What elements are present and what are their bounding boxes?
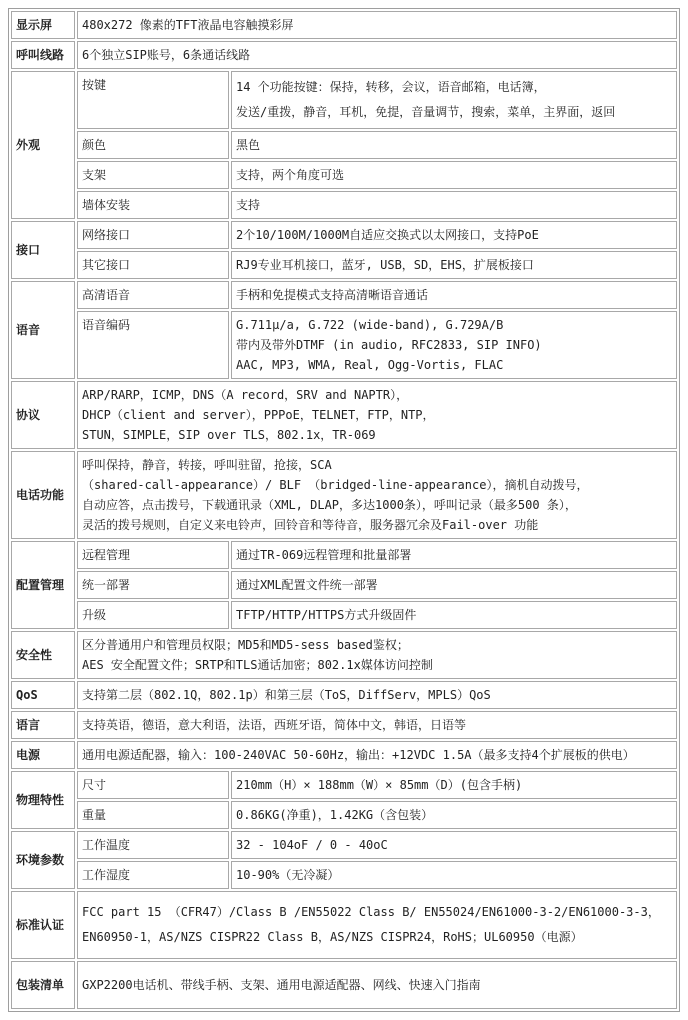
table-row: 标准认证 FCC part 15 （CFR47）/Class B /EN5502… xyxy=(11,891,677,959)
sub-label-wall-mount: 墙体安装 xyxy=(77,191,229,219)
sub-label-weight: 重量 xyxy=(77,801,229,829)
row-value-phone-features: 呼叫保持，静音，转接，呼叫驻留，抢接，SCA （shared-call-appe… xyxy=(77,451,677,539)
table-row: 升级 TFTP/HTTP/HTTPS方式升级固件 xyxy=(11,601,677,629)
row-value-voice-codecs: G.711µ/a, G.722 (wide-band), G.729A/B 带内… xyxy=(231,311,677,379)
sub-label-other-ports: 其它接口 xyxy=(77,251,229,279)
table-row: 其它接口 RJ9专业耳机接口，蓝牙, USB，SD，EHS，扩展板接口 xyxy=(11,251,677,279)
row-value-call-lines: 6个独立SIP账号，6条通话线路 xyxy=(77,41,677,69)
table-row: 工作湿度 10-90%（无冷凝） xyxy=(11,861,677,889)
row-label-voice: 语音 xyxy=(11,281,75,379)
table-row: 语音编码 G.711µ/a, G.722 (wide-band), G.729A… xyxy=(11,311,677,379)
sub-label-color: 颜色 xyxy=(77,131,229,159)
row-value-remote-management: 通过TR-069远程管理和批量部署 xyxy=(231,541,677,569)
table-row: 统一部署 通过XML配置文件统一部署 xyxy=(11,571,677,599)
table-row: 显示屏 480x272 像素的TFT液晶电容触摸彩屏 xyxy=(11,11,677,39)
table-row: 包装清单 GXP2200电话机、带线手柄、支架、通用电源适配器、网线、快速入门指… xyxy=(11,961,677,1009)
row-value-stand: 支持，两个角度可选 xyxy=(231,161,677,189)
row-label-security: 安全性 xyxy=(11,631,75,679)
row-label-environment: 环境参数 xyxy=(11,831,75,889)
row-value-unified-deployment: 通过XML配置文件统一部署 xyxy=(231,571,677,599)
row-label-call-lines: 呼叫线路 xyxy=(11,41,75,69)
row-label-qos: QoS xyxy=(11,681,75,709)
table-row: 安全性 区分普通用户和管理员权限；MD5和MD5-sess based鉴权； A… xyxy=(11,631,677,679)
table-row: 电源 通用电源适配器，输入：100-240VAC 50-60Hz，输出：+12V… xyxy=(11,741,677,769)
table-row: 外观 按键 14 个功能按键：保持，转移，会议，语音邮箱，电话簿， 发送/重拨，… xyxy=(11,71,677,129)
row-label-package-contents: 包装清单 xyxy=(11,961,75,1009)
row-value-operating-humidity: 10-90%（无冷凝） xyxy=(231,861,677,889)
sub-label-voice-codecs: 语音编码 xyxy=(77,311,229,379)
table-row: 协议 ARP/RARP，ICMP，DNS（A record，SRV and NA… xyxy=(11,381,677,449)
spec-table: 显示屏 480x272 像素的TFT液晶电容触摸彩屏 呼叫线路 6个独立SIP账… xyxy=(8,8,680,1012)
row-value-protocols: ARP/RARP，ICMP，DNS（A record，SRV and NAPTR… xyxy=(77,381,677,449)
row-label-certifications: 标准认证 xyxy=(11,891,75,959)
table-row: QoS 支持第二层（802.1Q，802.1p）和第三层（ToS，DiffSer… xyxy=(11,681,677,709)
row-value-languages: 支持英语，德语，意大利语，法语，西班牙语，简体中文，韩语，日语等 xyxy=(77,711,677,739)
row-label-phone-features: 电话功能 xyxy=(11,451,75,539)
table-row: 语音 高清语音 手柄和免提模式支持高清晰语音通话 xyxy=(11,281,677,309)
row-label-provisioning: 配置管理 xyxy=(11,541,75,629)
row-value-certifications: FCC part 15 （CFR47）/Class B /EN55022 Cla… xyxy=(77,891,677,959)
row-value-network-port: 2个10/100M/1000M自适应交换式以太网接口，支持PoE xyxy=(231,221,677,249)
row-label-appearance: 外观 xyxy=(11,71,75,219)
table-row: 颜色 黑色 xyxy=(11,131,677,159)
table-row: 配置管理 远程管理 通过TR-069远程管理和批量部署 xyxy=(11,541,677,569)
row-value-keys: 14 个功能按键：保持，转移，会议，语音邮箱，电话簿， 发送/重拨，静音，耳机，… xyxy=(231,71,677,129)
sub-label-hd-voice: 高清语音 xyxy=(77,281,229,309)
sub-label-operating-humidity: 工作湿度 xyxy=(77,861,229,889)
table-row: 支架 支持，两个角度可选 xyxy=(11,161,677,189)
table-row: 重量 0.86KG(净重)，1.42KG（含包装） xyxy=(11,801,677,829)
sub-label-keys: 按键 xyxy=(77,71,229,129)
row-value-other-ports: RJ9专业耳机接口，蓝牙, USB，SD，EHS，扩展板接口 xyxy=(231,251,677,279)
row-value-power: 通用电源适配器，输入：100-240VAC 50-60Hz，输出：+12VDC … xyxy=(77,741,677,769)
table-row: 接口 网络接口 2个10/100M/1000M自适应交换式以太网接口，支持PoE xyxy=(11,221,677,249)
row-label-protocols: 协议 xyxy=(11,381,75,449)
row-value-display-screen: 480x272 像素的TFT液晶电容触摸彩屏 xyxy=(77,11,677,39)
sub-label-upgrade: 升级 xyxy=(77,601,229,629)
table-row: 呼叫线路 6个独立SIP账号，6条通话线路 xyxy=(11,41,677,69)
table-row: 语言 支持英语，德语，意大利语，法语，西班牙语，简体中文，韩语，日语等 xyxy=(11,711,677,739)
table-row: 环境参数 工作温度 32 - 104oF / 0 - 40oC xyxy=(11,831,677,859)
row-label-languages: 语言 xyxy=(11,711,75,739)
sub-label-operating-temperature: 工作温度 xyxy=(77,831,229,859)
row-value-hd-voice: 手柄和免提模式支持高清晰语音通话 xyxy=(231,281,677,309)
row-value-weight: 0.86KG(净重)，1.42KG（含包装） xyxy=(231,801,677,829)
sub-label-network-port: 网络接口 xyxy=(77,221,229,249)
table-row: 电话功能 呼叫保持，静音，转接，呼叫驻留，抢接，SCA （shared-call… xyxy=(11,451,677,539)
row-label-power: 电源 xyxy=(11,741,75,769)
row-value-package-contents: GXP2200电话机、带线手柄、支架、通用电源适配器、网线、快速入门指南 xyxy=(77,961,677,1009)
sub-label-remote-management: 远程管理 xyxy=(77,541,229,569)
sub-label-stand: 支架 xyxy=(77,161,229,189)
row-value-qos: 支持第二层（802.1Q，802.1p）和第三层（ToS，DiffServ，MP… xyxy=(77,681,677,709)
sub-label-dimensions: 尺寸 xyxy=(77,771,229,799)
sub-label-unified-deployment: 统一部署 xyxy=(77,571,229,599)
row-value-dimensions: 210mm（H）× 188mm（W）× 85mm（D）(包含手柄) xyxy=(231,771,677,799)
row-value-security: 区分普通用户和管理员权限；MD5和MD5-sess based鉴权； AES 安… xyxy=(77,631,677,679)
row-value-color: 黑色 xyxy=(231,131,677,159)
table-row: 墙体安装 支持 xyxy=(11,191,677,219)
table-row: 物理特性 尺寸 210mm（H）× 188mm（W）× 85mm（D）(包含手柄… xyxy=(11,771,677,799)
row-label-physical: 物理特性 xyxy=(11,771,75,829)
row-value-operating-temperature: 32 - 104oF / 0 - 40oC xyxy=(231,831,677,859)
row-value-upgrade: TFTP/HTTP/HTTPS方式升级固件 xyxy=(231,601,677,629)
row-label-display-screen: 显示屏 xyxy=(11,11,75,39)
row-label-ports: 接口 xyxy=(11,221,75,279)
row-value-wall-mount: 支持 xyxy=(231,191,677,219)
